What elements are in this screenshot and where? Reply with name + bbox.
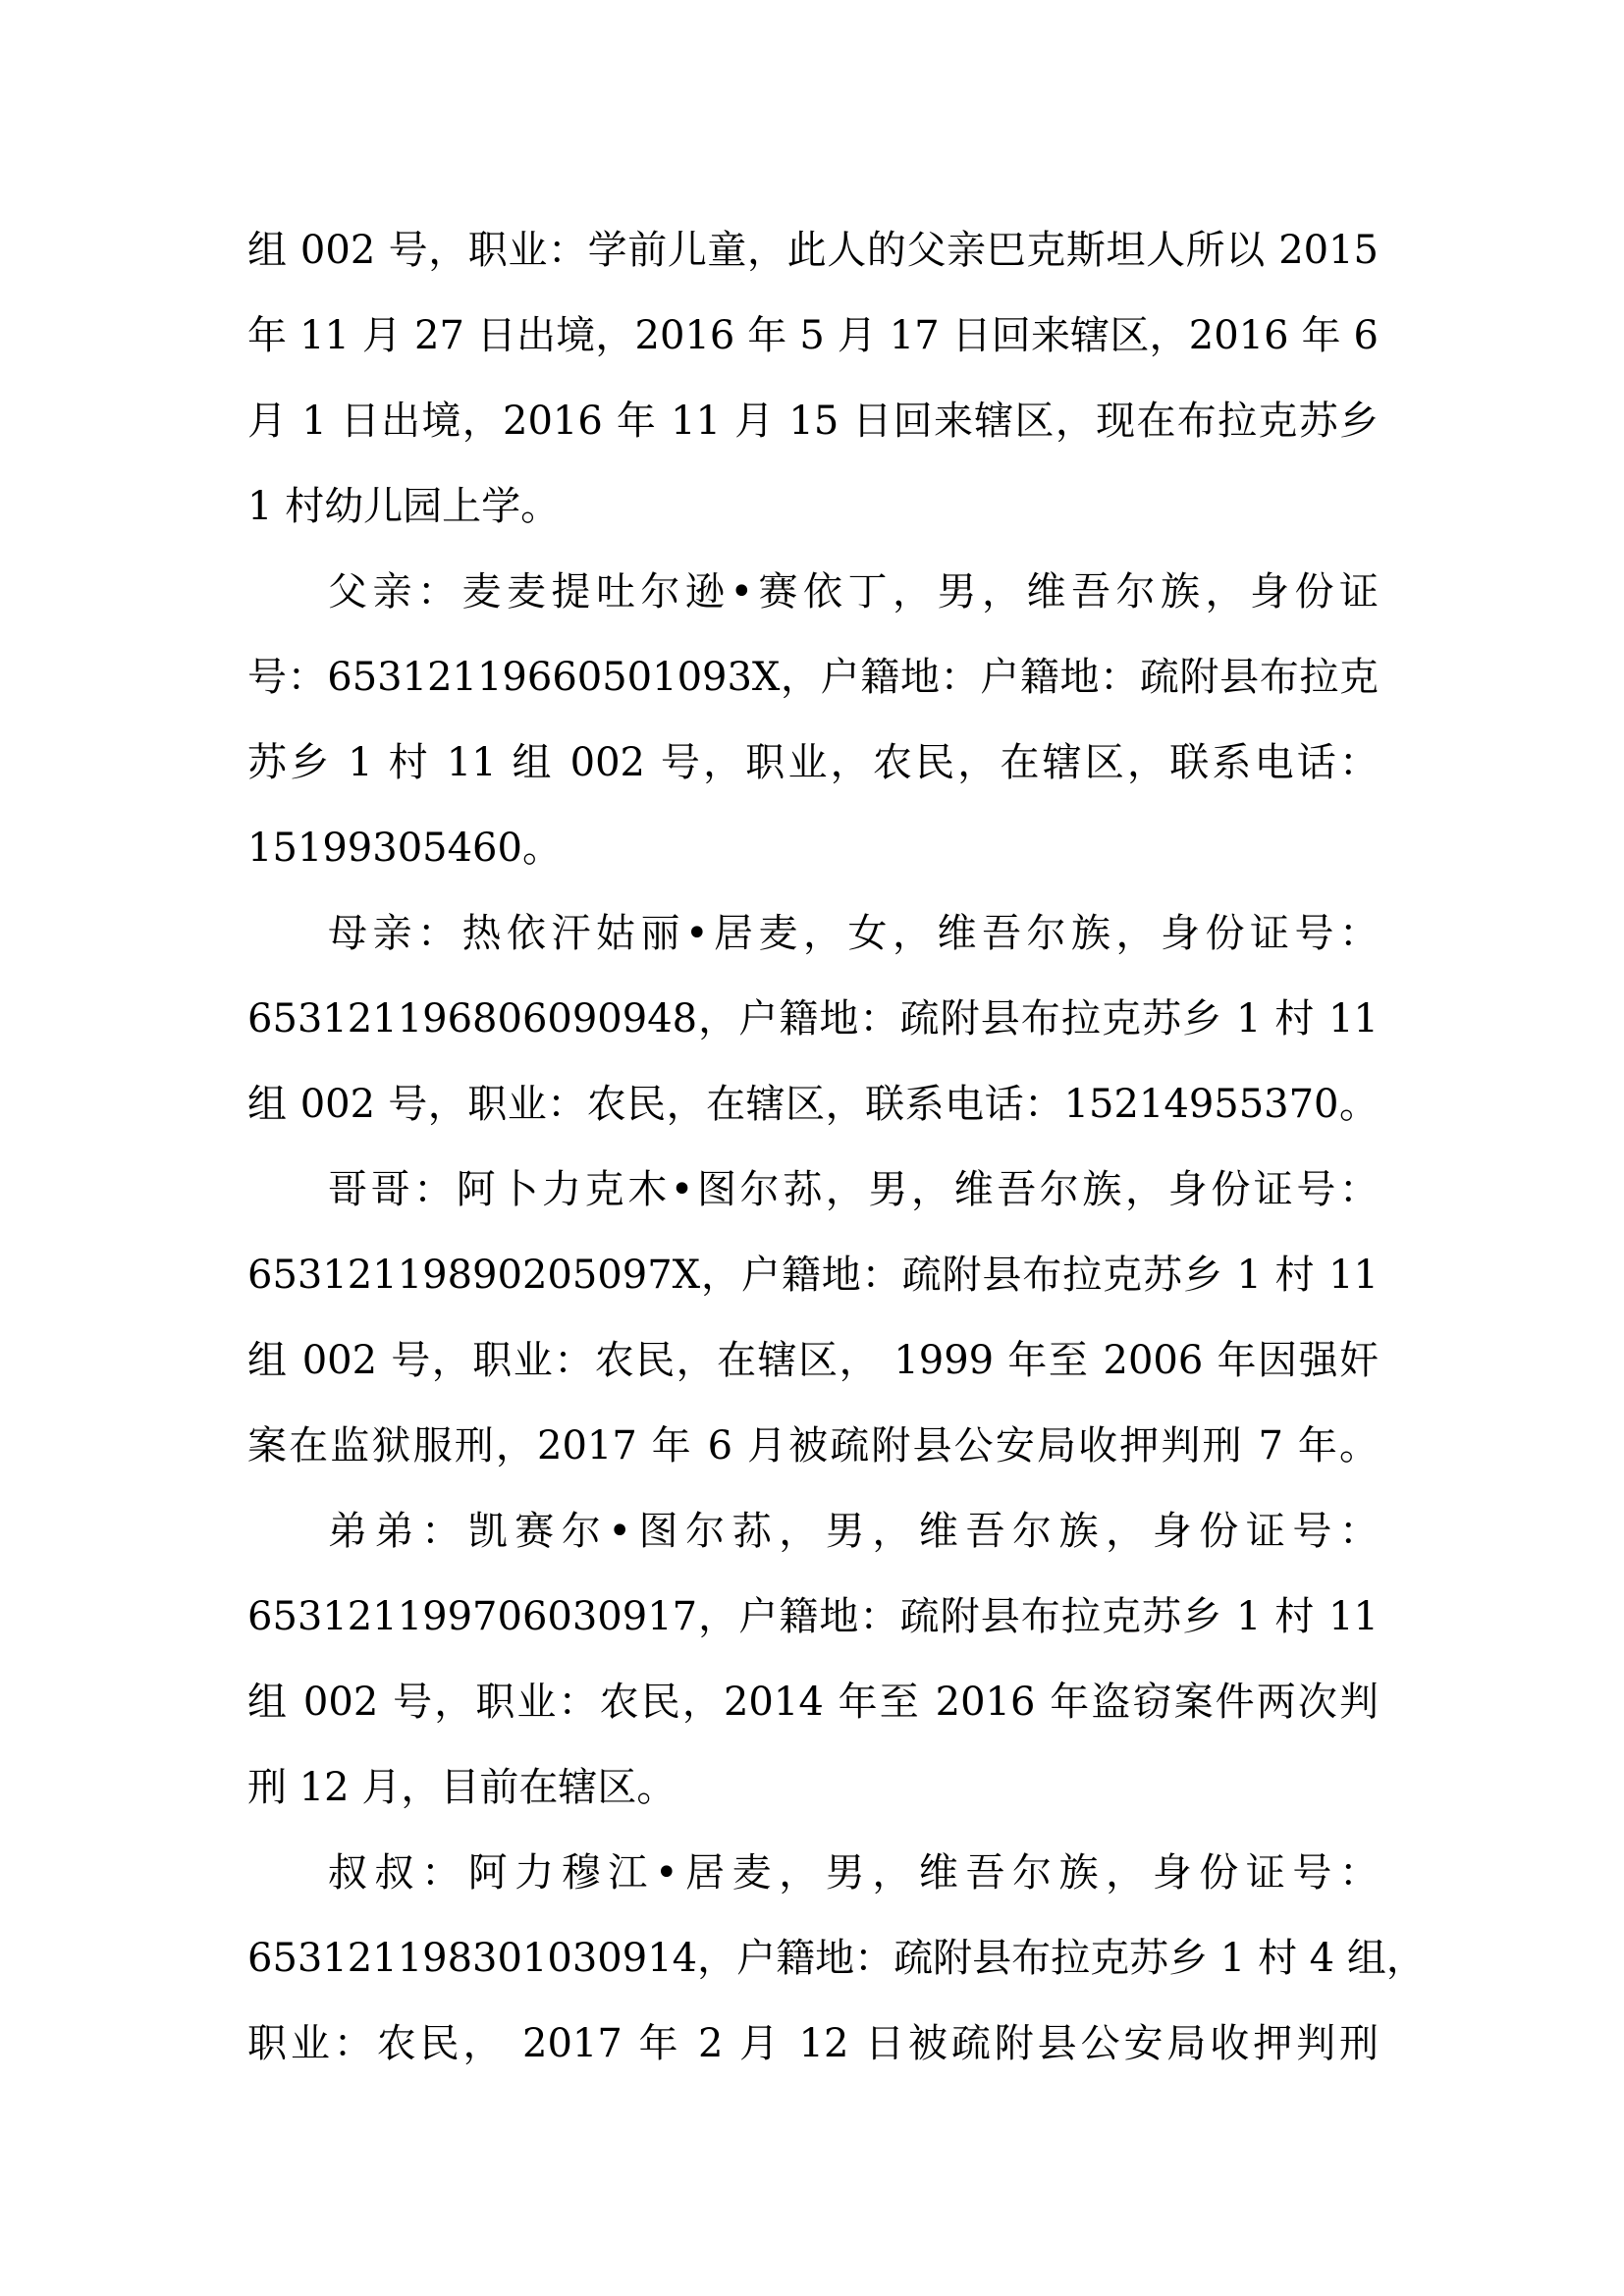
text-line: 15199305460。	[247, 806, 1379, 891]
paragraph-father: 父亲：麦麦提吐尔逊•赛依丁，男，维吾尔族，身份证 号：6531211966050…	[247, 550, 1379, 891]
paragraph-mother: 母亲：热依汗姑丽•居麦，女，维吾尔族，身份证号： 653121196806090…	[247, 891, 1379, 1148]
text-line: 653121196806090948，户籍地：疏附县布拉克苏乡 1 村 11	[247, 977, 1379, 1062]
text-line: 65312119890205097X，户籍地：疏附县布拉克苏乡 1 村 11	[247, 1233, 1379, 1318]
paragraph-child-continued: 组 002 号，职业：学前儿童，此人的父亲巴克斯坦人所以 2015 年 11 月…	[247, 208, 1379, 550]
text-line: 月 1 日出境，2016 年 11 月 15 日回来辖区，现在布拉克苏乡	[247, 379, 1379, 464]
text-line: 组 002 号，职业：农民，2014 年至 2016 年盗窃案件两次判	[247, 1660, 1379, 1745]
document-body: 组 002 号，职业：学前儿童，此人的父亲巴克斯坦人所以 2015 年 11 月…	[247, 208, 1379, 2087]
text-line: 1 村幼儿园上学。	[247, 464, 1379, 550]
text-line: 案在监狱服刑，2017 年 6 月被疏附县公安局收押判刑 7 年。	[247, 1404, 1379, 1489]
paragraph-older-brother: 哥哥：阿卜力克木•图尔荪，男，维吾尔族，身份证号： 65312119890205…	[247, 1148, 1379, 1489]
text-line: 哥哥：阿卜力克木•图尔荪，男，维吾尔族，身份证号：	[247, 1148, 1379, 1233]
text-line: 号：65312119660501093X，户籍地：户籍地：疏附县布拉克	[247, 635, 1379, 721]
text-line: 母亲：热依汗姑丽•居麦，女，维吾尔族，身份证号：	[247, 891, 1379, 977]
text-line: 653121198301030914，户籍地：疏附县布拉克苏乡 1 村 4 组，	[247, 1916, 1379, 2002]
text-line: 父亲：麦麦提吐尔逊•赛依丁，男，维吾尔族，身份证	[247, 550, 1379, 635]
text-line: 年 11 月 27 日出境，2016 年 5 月 17 日回来辖区，2016 年…	[247, 294, 1379, 379]
document-page: 组 002 号，职业：学前儿童，此人的父亲巴克斯坦人所以 2015 年 11 月…	[0, 0, 1624, 2296]
text-line: 刑 12 月，目前在辖区。	[247, 1745, 1379, 1831]
text-line: 苏乡 1 村 11 组 002 号，职业，农民，在辖区，联系电话：	[247, 721, 1379, 806]
paragraph-younger-brother: 弟弟：凯赛尔•图尔荪，男，维吾尔族，身份证号： 6531211997060309…	[247, 1489, 1379, 1831]
text-line: 组 002 号，职业：农民，在辖区， 1999 年至 2006 年因强奸	[247, 1318, 1379, 1404]
text-line: 653121199706030917，户籍地：疏附县布拉克苏乡 1 村 11	[247, 1575, 1379, 1660]
text-line: 叔叔：阿力穆江•居麦，男，维吾尔族，身份证号：	[247, 1831, 1379, 1916]
text-line: 组 002 号，职业：学前儿童，此人的父亲巴克斯坦人所以 2015	[247, 208, 1379, 294]
text-line: 组 002 号，职业：农民，在辖区，联系电话：15214955370。	[247, 1062, 1379, 1148]
text-line: 职业：农民， 2017 年 2 月 12 日被疏附县公安局收押判刑	[247, 2002, 1379, 2087]
paragraph-uncle: 叔叔：阿力穆江•居麦，男，维吾尔族，身份证号： 6531211983010309…	[247, 1831, 1379, 2087]
text-line: 弟弟：凯赛尔•图尔荪，男，维吾尔族，身份证号：	[247, 1489, 1379, 1575]
